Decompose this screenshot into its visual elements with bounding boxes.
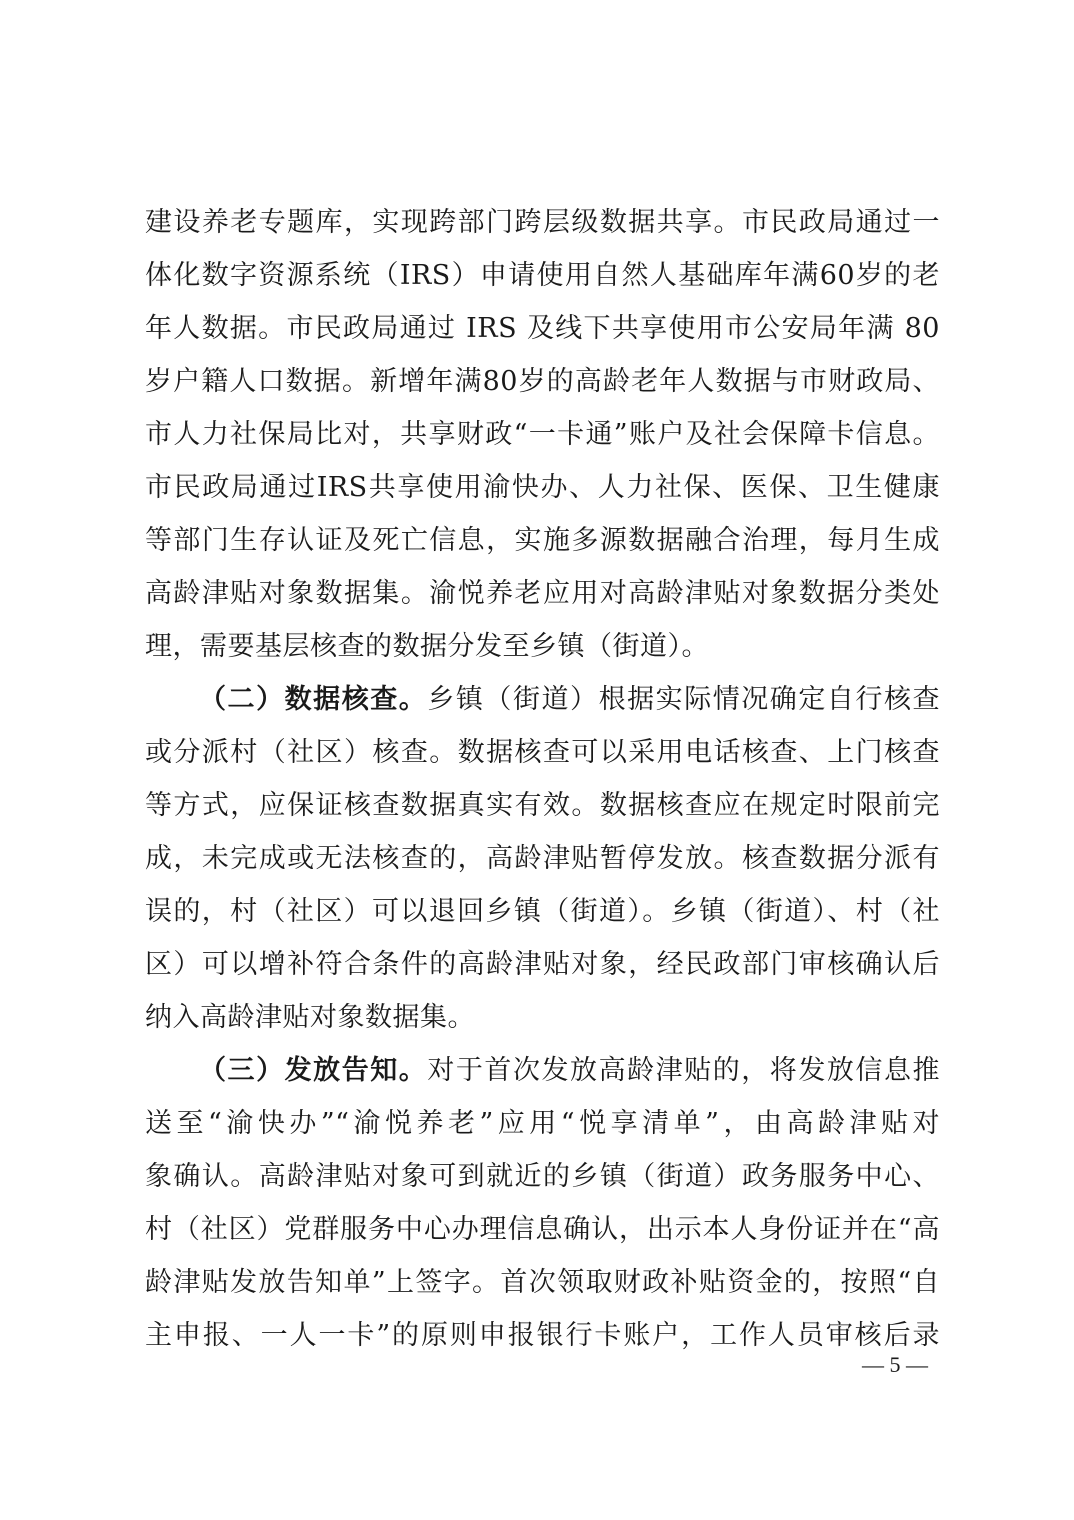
page-number: — 5 — (862, 1352, 928, 1378)
text-span: 对于首次发放高龄津贴的，将发放信息推 (427, 1055, 940, 1086)
text-line: 村（社区）党群服务中心办理信息确认，出示本人身份证并在“高 (145, 1203, 940, 1256)
section-heading-payment-notice: （三）发放告知。 (199, 1055, 427, 1086)
text-line: 高龄津贴对象数据集。渝悦养老应用对高龄津贴对象数据分类处 (145, 567, 940, 620)
text-span: 乡镇（街道）根据实际情况确定自行核查 (427, 684, 940, 715)
text-line: 区）可以增补符合条件的高龄津贴对象，经民政部门审核确认后 (145, 938, 940, 991)
section-3-first-line: （三）发放告知。对于首次发放高龄津贴的，将发放信息推 (145, 1044, 940, 1097)
text-line: 建设养老专题库，实现跨部门跨层级数据共享。市民政局通过一 (145, 196, 940, 249)
text-line: 岁户籍人口数据。新增年满80岁的高龄老年人数据与市财政局、 (145, 355, 940, 408)
text-line: 成，未完成或无法核查的，高龄津贴暂停发放。核查数据分派有 (145, 832, 940, 885)
document-page: 建设养老专题库，实现跨部门跨层级数据共享。市民政局通过一 体化数字资源系统（IR… (0, 0, 1074, 1520)
text-line: 年人数据。市民政局通过 IRS 及线下共享使用市公安局年满 80 (145, 302, 940, 355)
body-text: 建设养老专题库，实现跨部门跨层级数据共享。市民政局通过一 体化数字资源系统（IR… (145, 196, 940, 1362)
text-line: 主申报、一人一卡”的原则申报银行卡账户，工作人员审核后录 (145, 1309, 940, 1362)
text-line: 市人力社保局比对，共享财政“一卡通”账户及社会保障卡信息。 (145, 408, 940, 461)
section-2-first-line: （二）数据核查。乡镇（街道）根据实际情况确定自行核查 (145, 673, 940, 726)
text-line: 送至“渝快办”“渝悦养老”应用“悦享清单”，由高龄津贴对 (145, 1097, 940, 1150)
text-line: 体化数字资源系统（IRS）申请使用自然人基础库年满60岁的老 (145, 249, 940, 302)
text-line: 误的，村（社区）可以退回乡镇（街道）。乡镇（街道）、村（社 (145, 885, 940, 938)
text-line: 市民政局通过IRS共享使用渝快办、人力社保、医保、卫生健康 (145, 461, 940, 514)
section-heading-data-verification: （二）数据核查。 (199, 684, 427, 715)
text-line: 纳入高龄津贴对象数据集。 (145, 991, 940, 1044)
text-line: 或分派村（社区）核查。数据核查可以采用电话核查、上门核查 (145, 726, 940, 779)
text-line: 等部门生存认证及死亡信息，实施多源数据融合治理，每月生成 (145, 514, 940, 567)
text-line: 龄津贴发放告知单”上签字。首次领取财政补贴资金的，按照“自 (145, 1256, 940, 1309)
text-line: 象确认。高龄津贴对象可到就近的乡镇（街道）政务服务中心、 (145, 1150, 940, 1203)
text-line: 理，需要基层核查的数据分发至乡镇（街道）。 (145, 620, 940, 673)
text-line: 等方式，应保证核查数据真实有效。数据核查应在规定时限前完 (145, 779, 940, 832)
